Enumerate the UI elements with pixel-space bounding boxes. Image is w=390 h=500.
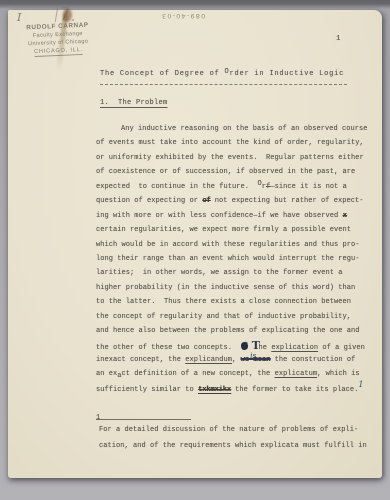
- seg-sup: O: [258, 180, 262, 188]
- ink-stain: [63, 9, 72, 22]
- typed-text: inexact concept, the: [96, 356, 185, 364]
- seg-u: explicatum: [275, 370, 318, 378]
- footnote-separator: [96, 419, 191, 420]
- typed-text: the concept of regularity and that of in…: [96, 313, 351, 321]
- address-stamp: RUDOLF CARNAP Faculty Exchange Universit…: [25, 22, 90, 57]
- typed-line-1: Any inductive reasoning on the basis of …: [96, 122, 368, 136]
- footnote: For a detailed discussion of the nature …: [99, 423, 367, 454]
- typed-line-19: sufficiently similar to txkmxikx the for…: [96, 382, 368, 396]
- typed-line-17: inexact concept, the explicandum, we mea…: [96, 353, 368, 367]
- typed-line-3: or uniformity exhibited by the events. R…: [96, 151, 368, 165]
- section-heading: 1. The Problem: [100, 99, 168, 107]
- typed-text: the other of these two concepts.: [96, 344, 241, 352]
- typed-text: long their range than an event which wou…: [96, 255, 360, 263]
- title-underline: [100, 84, 347, 85]
- typed-line-6: question of expecting or of not expectin…: [96, 194, 368, 208]
- typed-line-8: certain regularities, we expect more fir…: [96, 223, 368, 237]
- pencil-scribble: [72, 19, 74, 21]
- seg-sub: a: [117, 372, 121, 380]
- typed-text: the former to take its place.: [231, 386, 359, 394]
- typed-text: sufficiently similar to: [96, 386, 198, 394]
- typed-text: expected to continue in the future.: [96, 183, 258, 191]
- typed-line-9: which would be in accord with these regu…: [96, 238, 368, 252]
- stamp-line: CHICAGO, ILL.: [26, 46, 90, 57]
- typed-line-15: and hence also between the problems of e…: [96, 324, 368, 338]
- overtyped-deletion: txkmxikx: [198, 386, 231, 394]
- typed-line-10: long their range than an event which wou…: [96, 252, 368, 266]
- typed-line-2: of events must take into account the kin…: [96, 136, 368, 150]
- scanned-manuscript-screenshot: { "colors": { "background_gray": "#aaa9a…: [0, 0, 390, 500]
- footnote-marker: 1: [96, 414, 100, 422]
- typed-text: —since it is not a: [270, 183, 347, 191]
- typed-text: he: [259, 344, 272, 352]
- archival-number-upside-down: 089-40-03: [150, 12, 216, 20]
- typed-text: not expecting but rather of expect-: [210, 197, 363, 205]
- seg-sup: O: [225, 68, 230, 76]
- seg-u: explication: [271, 344, 318, 352]
- typed-text: of a given: [318, 344, 365, 352]
- typed-text: ,: [232, 356, 241, 364]
- typed-text: of coexistence or of succession, if obse…: [96, 168, 355, 176]
- manuscript-page: I 089-40-03 RUDOLF CARNAP Faculty Exchan…: [8, 10, 382, 478]
- typed-text: The Concept of Degree of: [100, 70, 225, 78]
- typed-text: ing with more or with less confidence—if…: [96, 212, 343, 220]
- typed-text: or uniformity exhibited by the events. R…: [96, 154, 364, 162]
- typed-line-5: expected to continue in the future. Orf—…: [96, 180, 368, 194]
- typed-text: , which is: [317, 370, 360, 378]
- page-title: The Concept of Degree of Order in Induct…: [100, 70, 344, 78]
- typed-text: Any inductive reasoning on the basis of …: [121, 125, 368, 133]
- typed-text: question of expecting or: [96, 197, 202, 205]
- typed-text: certain regularities, we expect more fir…: [96, 226, 351, 234]
- typed-text: the construction of: [270, 356, 355, 364]
- typed-line-4: of coexistence or of succession, if obse…: [96, 165, 368, 179]
- typed-text: and hence also between the problems of e…: [96, 327, 360, 335]
- footnote-line: cation, and of the requirements which ex…: [99, 439, 367, 455]
- typed-text: rder in Inductive Logic: [230, 70, 345, 78]
- handwritten-capital-T: T: [252, 339, 260, 352]
- handwritten-roman-numeral: I: [17, 11, 21, 24]
- page-number: 1: [336, 35, 341, 43]
- body-text: Any inductive reasoning on the basis of …: [96, 122, 368, 396]
- struck-text-with-correction: we meanis: [241, 356, 271, 364]
- typed-line-7: ing with more or with less confidence—if…: [96, 209, 368, 223]
- typed-text: higher probability (in the inductive sen…: [96, 284, 355, 292]
- ink-blot: [240, 342, 248, 351]
- typed-line-11: larities; in other words, we assign to t…: [96, 266, 368, 280]
- typed-line-18: an exact definition of a new concept, th…: [96, 367, 368, 381]
- typed-line-14: the concept of regularity and that of in…: [96, 310, 368, 324]
- pencil-scribble: [55, 7, 59, 22]
- typed-line-16: the other of these two concepts. The exp…: [96, 339, 368, 353]
- typed-text: which would be in accord with these regu…: [96, 241, 360, 249]
- typed-text: ct definition of a new concept, the: [122, 370, 275, 378]
- typed-text: larities; in other words, we assign to t…: [96, 269, 343, 277]
- footnote-line: For a detailed discussion of the nature …: [99, 423, 367, 439]
- typed-text: of events must take into account the kin…: [96, 139, 364, 147]
- seg-xb: x: [343, 212, 347, 220]
- handwritten-footnote-number: 1: [358, 380, 363, 389]
- typed-line-12: higher probability (in the inductive sen…: [96, 281, 368, 295]
- typed-text: an ex: [96, 370, 117, 378]
- typed-text: to the latter. Thus there exists a close…: [96, 298, 351, 306]
- typed-line-13: to the latter. Thus there exists a close…: [96, 295, 368, 309]
- seg-u: explicandum: [185, 356, 232, 364]
